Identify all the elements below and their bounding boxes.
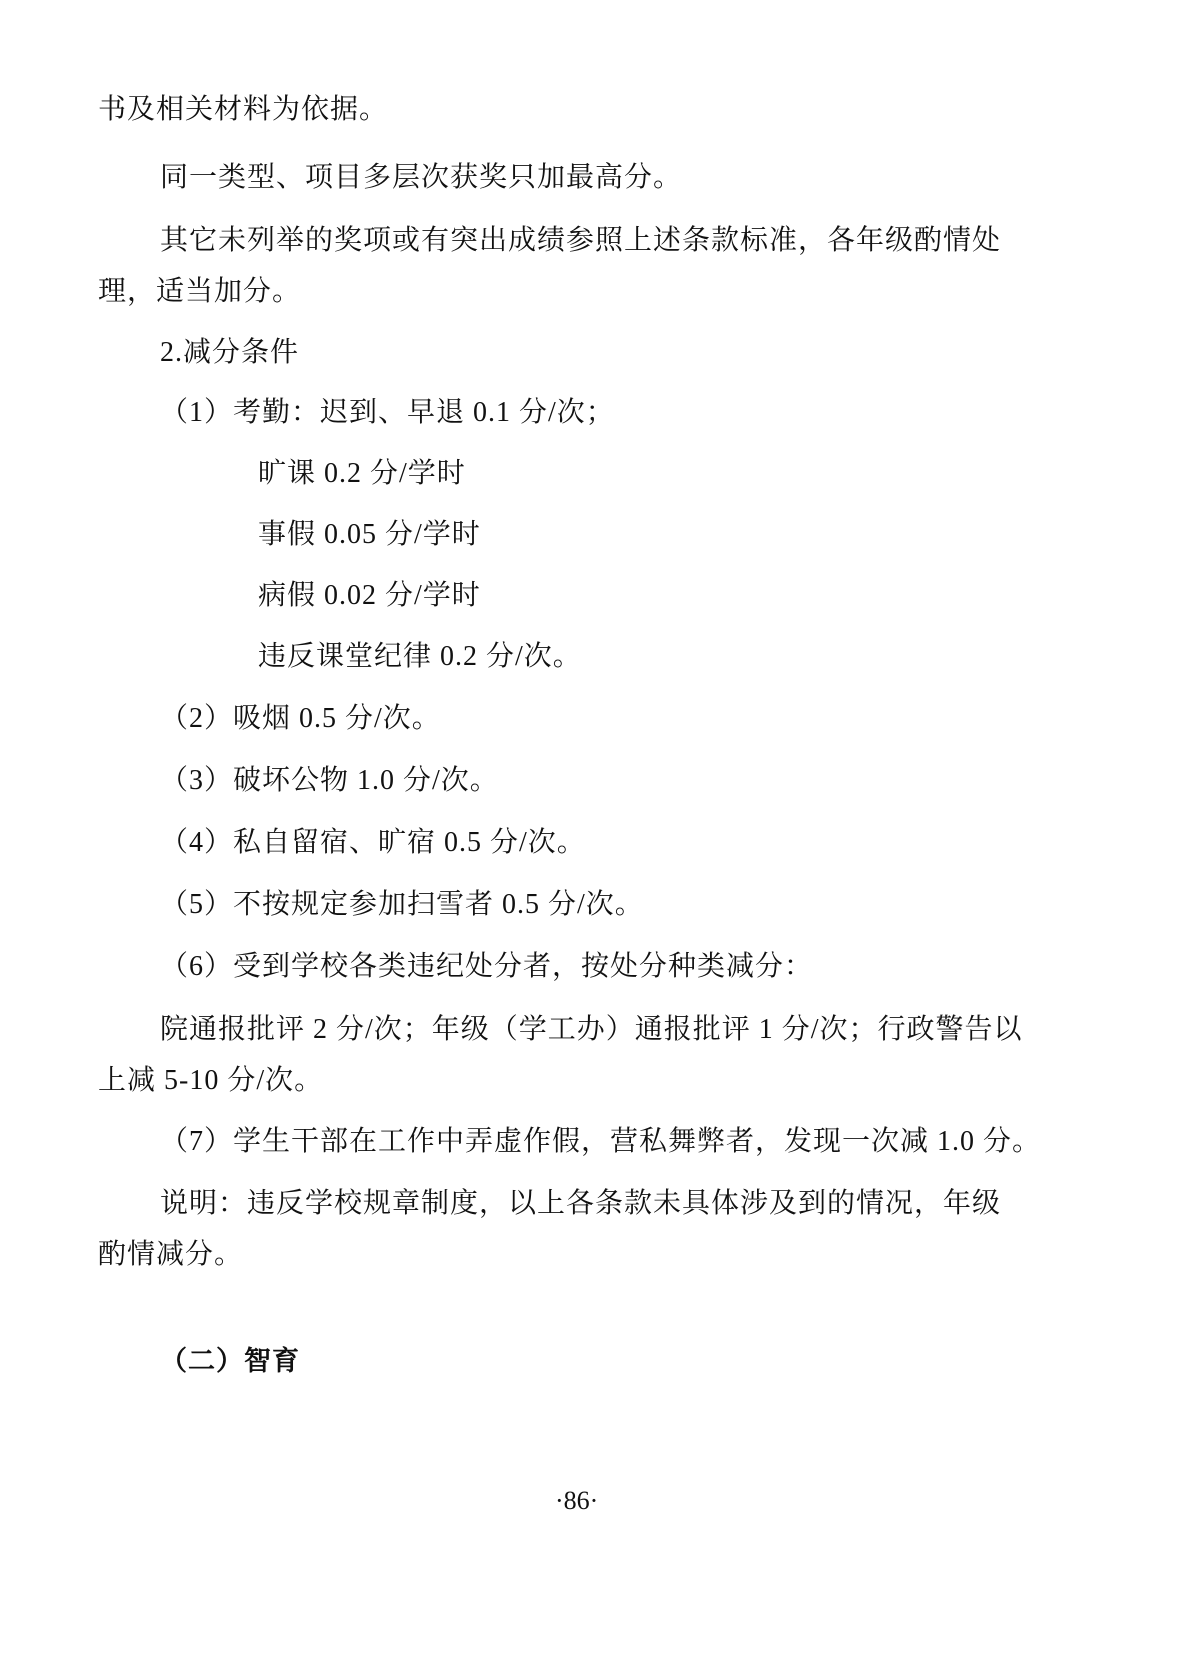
list-subitem-personal-leave: 事假 0.05 分/学时 xyxy=(258,518,481,552)
section-heading: （二）智育 xyxy=(160,1345,300,1379)
list-item-6-detail: 院通报批评 2 分/次；年级（学工办）通报批评 1 分/次；行政警告以 xyxy=(160,1013,1023,1047)
list-item-6: （6）受到学校各类违纪处分者，按处分种类减分： xyxy=(160,950,813,984)
list-subitem-truancy: 旷课 0.2 分/学时 xyxy=(258,457,466,491)
text-line-1: 同一类型、项目多层次获奖只加最高分。 xyxy=(160,161,682,195)
list-item-7: （7）学生干部在工作中弄虚作假，营私舞弊者，发现一次减 1.0 分。 xyxy=(160,1125,1041,1159)
list-item-2: （2）吸烟 0.5 分/次。 xyxy=(160,702,441,736)
text-line-2: 其它未列举的奖项或有突出成绩参照上述条款标准，各年级酌情处 xyxy=(160,224,1001,258)
subsection-title-deductions: 2.减分条件 xyxy=(160,336,299,370)
note-paragraph-cont: 酌情减分。 xyxy=(98,1238,243,1272)
list-item-5: （5）不按规定参加扫雪者 0.5 分/次。 xyxy=(160,888,644,922)
list-item-4: （4）私自留宿、旷宿 0.5 分/次。 xyxy=(160,826,586,860)
list-item-1: （1）考勤：迟到、早退 0.1 分/次； xyxy=(160,396,615,430)
list-subitem-discipline: 违反课堂纪律 0.2 分/次。 xyxy=(258,640,582,674)
list-item-3: （3）破坏公物 1.0 分/次。 xyxy=(160,764,499,798)
note-paragraph: 说明：违反学校规章制度，以上各条款未具体涉及到的情况，年级 xyxy=(160,1187,1001,1221)
text-line-0: 书及相关材料为依据。 xyxy=(98,93,388,127)
text-line-3: 理，适当加分。 xyxy=(98,275,301,309)
list-subitem-sick-leave: 病假 0.02 分/学时 xyxy=(258,579,481,613)
page-number: ·86· xyxy=(555,1486,598,1516)
list-item-6-detail-cont: 上减 5-10 分/次。 xyxy=(98,1064,323,1098)
